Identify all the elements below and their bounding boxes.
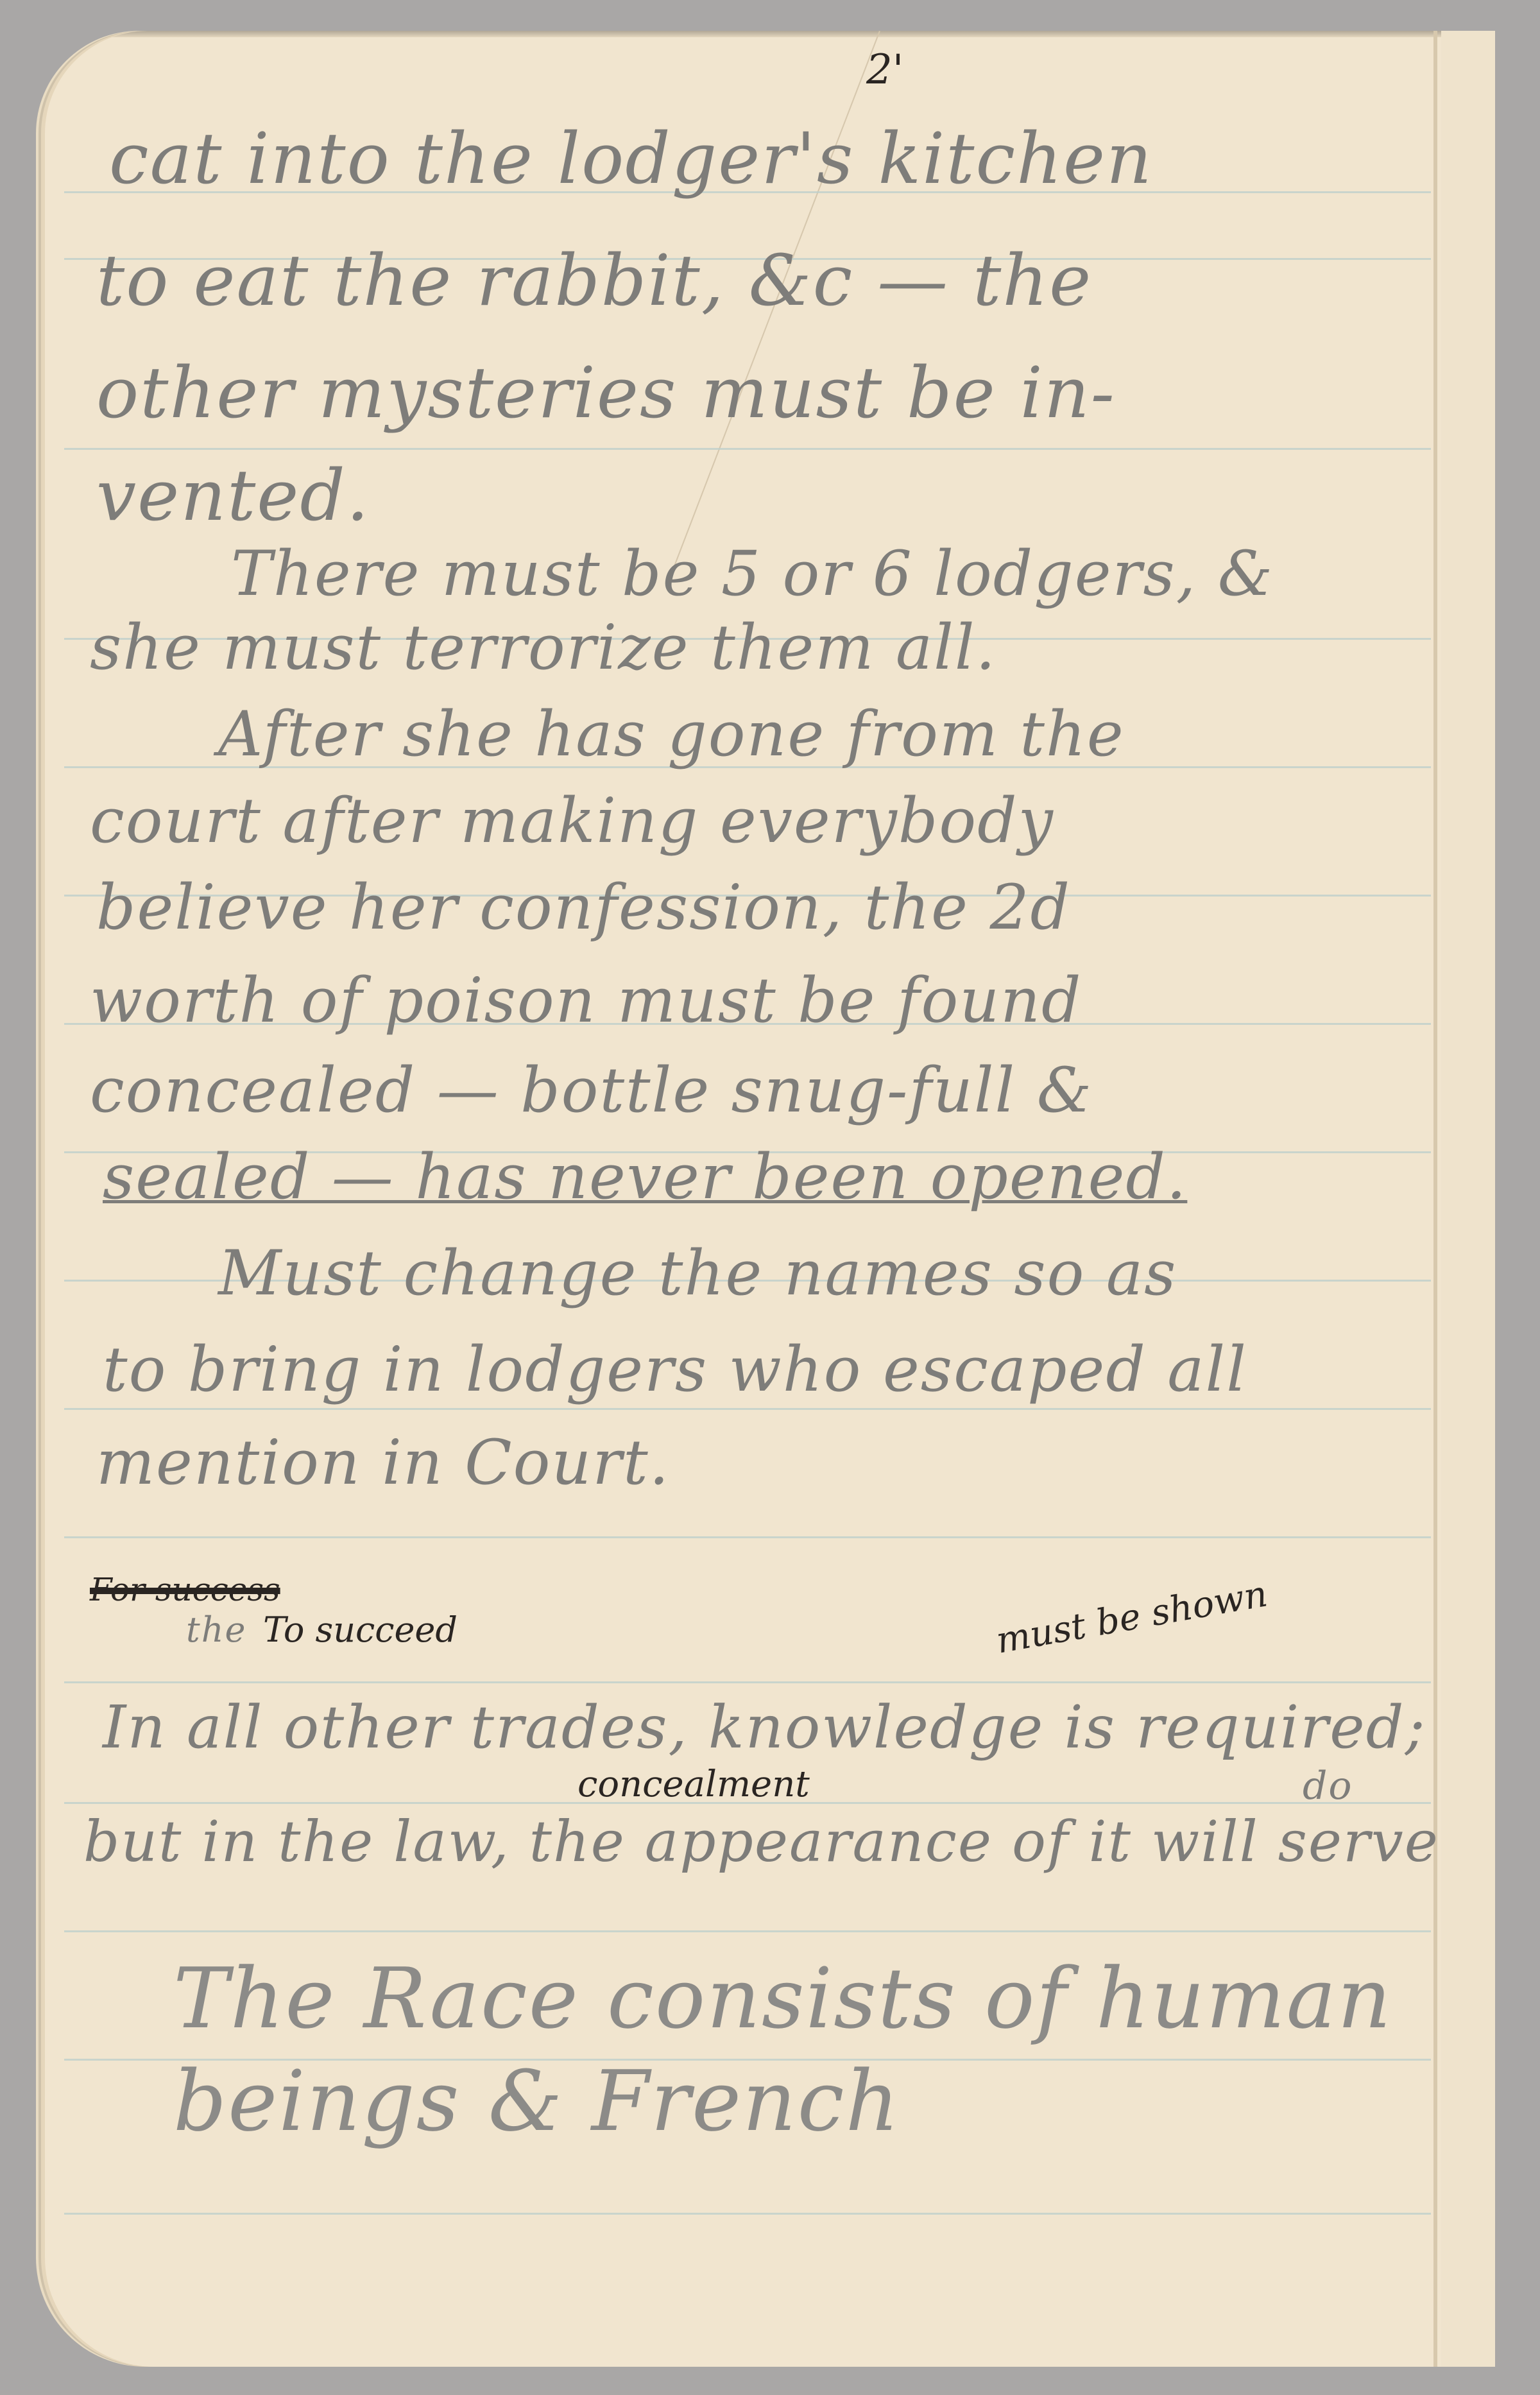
text-line-9: believe her confession, the 2d <box>96 871 1071 943</box>
ruled-line <box>64 1681 1431 1683</box>
page-top-edge <box>109 31 1495 37</box>
text-line-2: to eat the rabbit, &c — the <box>96 239 1092 322</box>
text-line-12: sealed — has never been opened. <box>103 1141 1187 1213</box>
text-line-8: court after making everybody <box>90 785 1054 857</box>
ruled-line <box>64 1408 1431 1410</box>
page-number-mark: 2' <box>866 46 903 94</box>
text-line-4: vented. <box>96 454 370 537</box>
final-line-2: beings & French <box>173 2052 900 2150</box>
insertion-do: do <box>1303 1764 1353 1808</box>
notebook-page: 2' cat into the lodger's kitchen to eat … <box>45 31 1495 2367</box>
insertion-to-succeed: To succeed <box>263 1610 458 1650</box>
text-line-15: mention in Court. <box>96 1427 670 1498</box>
final-line-1: The Race consists of human <box>173 1950 1392 2047</box>
text-line-6: she must terrorize them all. <box>90 612 997 683</box>
ruled-line <box>64 1536 1431 1538</box>
ruled-line <box>64 2213 1431 2215</box>
text-line-1: cat into the lodger's kitchen <box>109 117 1153 200</box>
text-line-7: After she has gone from the <box>218 698 1125 770</box>
text-line-11: concealed — bottle snug-full & <box>90 1054 1093 1126</box>
binding-gutter <box>1433 31 1437 2367</box>
insertion-concealment: concealment <box>577 1764 810 1805</box>
insertion-must-be-shown: must be shown <box>993 1573 1270 1661</box>
struck-heading: For success <box>90 1571 280 1608</box>
ruled-line <box>64 448 1431 450</box>
ruled-line <box>64 1930 1431 1932</box>
insertion-the: the <box>186 1610 246 1650</box>
text-line-3: other mysteries must be in- <box>96 352 1116 434</box>
text-line-13: Must change the names so as <box>218 1237 1177 1309</box>
text-line-10: worth of poison must be found <box>90 965 1082 1036</box>
facing-page-edge <box>1441 31 1495 2367</box>
revised-line-1: In all other trades, knowledge is requir… <box>103 1693 1426 1762</box>
text-line-14: to bring in lodgers who escaped all <box>103 1334 1247 1405</box>
revised-line-2: but in the law, the appearance of it wil… <box>83 1808 1439 1875</box>
text-line-5: There must be 5 or 6 lodgers, & <box>231 538 1274 610</box>
